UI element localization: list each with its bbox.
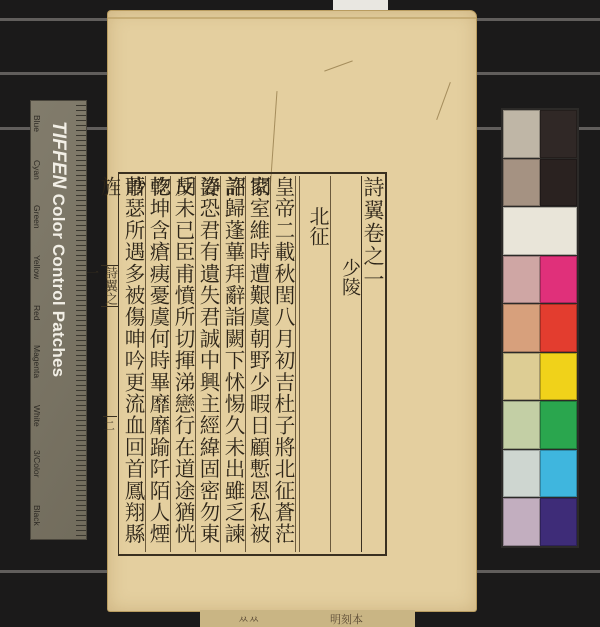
color-patch <box>540 498 577 546</box>
label-cyan: Cyan <box>32 160 42 180</box>
color-patch <box>540 401 577 449</box>
color-patch <box>503 110 540 158</box>
color-patch <box>540 159 577 207</box>
label-black: Black <box>32 505 42 526</box>
ruler-brand: TIFFEN Color Control Patches <box>47 121 69 377</box>
label-3color: 3/Color <box>32 450 42 477</box>
text-column: 反未已臣甫憤所切揮涕戀行在道途猶恍惚 <box>171 176 196 552</box>
color-patch <box>503 207 577 255</box>
page-ear-title: 詩翼之一 <box>101 265 119 307</box>
label-white: White <box>32 405 42 427</box>
poem-title: 北征 <box>304 206 333 246</box>
bottom-label-right: 明刻本 <box>330 611 363 627</box>
color-patch <box>503 450 540 498</box>
label-blue: Blue <box>32 115 42 132</box>
label-green: Green <box>32 205 42 229</box>
color-patch <box>503 159 540 207</box>
printed-text-block: 蕭瑟所遇多被傷呻吟更流血回首鳳翔縣旌 乾坤含瘡痍憂虞何時畢靡靡踰阡陌人煙眇 反未… <box>118 172 387 556</box>
poem-title-column: 北征 <box>299 176 331 552</box>
color-patch <box>503 498 540 546</box>
color-patch <box>503 353 540 401</box>
color-patch <box>503 304 540 352</box>
bottom-label-left: ㅆㅆ <box>238 611 259 627</box>
bottom-label-strip: ㅆㅆ 明刻本 <box>200 610 415 627</box>
author-name: 少陵 <box>337 258 364 296</box>
color-patch-chart <box>501 108 579 548</box>
tiffen-color-control-strip: Blue Cyan Green Yellow Red Magenta White… <box>30 100 87 540</box>
text-column: 皇帝二載秋閏八月初吉杜子將北征蒼茫問 <box>271 176 296 552</box>
text-column: 蕭瑟所遇多被傷呻吟更流血回首鳳翔縣旌 <box>121 176 146 552</box>
text-column: 姿恐君有遺失君誠中興主經緯固密勿東胡 <box>196 176 221 552</box>
ruler-ticks <box>76 101 86 539</box>
volume-title: 詩翼卷之一 <box>361 176 387 552</box>
text-column: 家室維時遭艱虞朝野少暇日顧慙恩私被詔 <box>246 176 271 552</box>
page-ear-number: 二 <box>103 416 117 434</box>
color-patch <box>540 450 577 498</box>
color-patch <box>503 401 540 449</box>
blank-column <box>331 176 362 552</box>
brand-name: TIFFEN <box>48 121 69 189</box>
paper-crack <box>324 60 353 71</box>
color-patch <box>540 304 577 352</box>
paper-crack <box>436 82 451 120</box>
label-magenta: Magenta <box>32 345 42 378</box>
color-patch <box>540 353 577 401</box>
color-patch <box>540 110 577 158</box>
text-column: 乾坤含瘡痍憂虞何時畢靡靡踰阡陌人煙眇 <box>146 176 171 552</box>
label-red: Red <box>32 305 42 321</box>
text-column: 許歸蓬蓽拜辭詣闕下怵惕久未出雖乏諫諍 <box>221 176 246 552</box>
color-patch <box>540 256 577 304</box>
color-patch <box>503 256 540 304</box>
patch-labels: Blue Cyan Green Yellow Red Magenta White… <box>32 105 46 535</box>
block-border-right <box>385 172 387 556</box>
label-yellow: Yellow <box>32 255 42 279</box>
ruler-title: Color Control Patches <box>49 194 68 378</box>
